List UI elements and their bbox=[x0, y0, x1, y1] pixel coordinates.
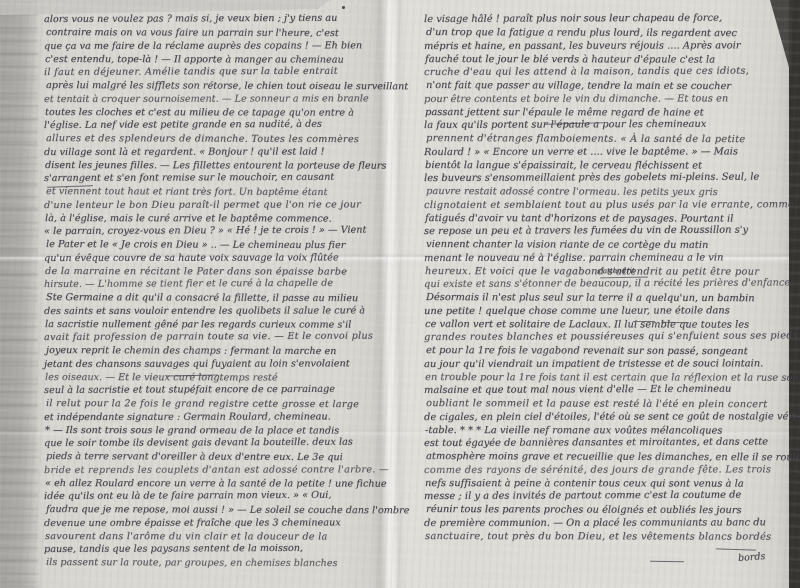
manuscript-scan: alors vous ne voulez pas ? mais si, je v… bbox=[0, 0, 800, 588]
manuscript-line: jetant des chansons sauvages qui fuyaien… bbox=[44, 357, 384, 371]
manuscript-line: sanctuaire, tout près du bon Dieu, et le… bbox=[425, 530, 777, 544]
manuscript-line: Roulard ! » « Encore un verre et .... vi… bbox=[424, 145, 776, 159]
manuscript-line: que le soir tombe ils devisent gais deva… bbox=[44, 436, 384, 451]
manuscript-line: de première communion. — On a placé les … bbox=[424, 516, 776, 530]
manuscript-line: alors vous ne voulez pas ? mais si, je v… bbox=[44, 12, 384, 27]
ink-speck bbox=[342, 6, 345, 9]
interline-insertion: bords bbox=[738, 551, 766, 564]
manuscript-line: de cigales, en plein ciel d'étoiles, l'é… bbox=[424, 410, 776, 424]
manuscript-line: les buveurs s'ensommeillaient près des g… bbox=[424, 170, 776, 185]
manuscript-line: menant le nouveau né à l'église. parrain… bbox=[424, 251, 776, 265]
manuscript-line: mépris et haine, en passant, les buveurs… bbox=[424, 39, 776, 53]
manuscript-line: devenue une ombre épaisse et fraîche que… bbox=[44, 516, 384, 530]
manuscript-line: grandes routes blanches et poussiéreuses… bbox=[424, 329, 776, 344]
manuscript-line: qui existe et sans s'étonner de beaucoup… bbox=[424, 276, 776, 291]
manuscript-line: et tentait à croquer sournoisement. — Le… bbox=[44, 92, 384, 106]
manuscript-line: il faut en déjeuner. Amélie tandis que s… bbox=[44, 65, 384, 80]
bleed-through-edge bbox=[0, 0, 38, 588]
manuscript-line: clignotaient et semblaient tout au plus … bbox=[424, 198, 776, 212]
manuscript-line: avait fait profession de parrain toute s… bbox=[44, 330, 384, 345]
manuscript-line: idée qu'ils ont eu là de te faire parrai… bbox=[44, 489, 384, 504]
manuscript-line: est tout égayée de bannières dansantes e… bbox=[424, 435, 776, 450]
manuscript-line: du village sont là et regardent. « Bonjo… bbox=[44, 145, 384, 159]
manuscript-line: bride et reprends les couplets d'antan e… bbox=[44, 463, 384, 477]
manuscript-line: d'une lenteur le bon Dieu paraît-il perm… bbox=[44, 198, 384, 212]
interline-insertion: s'attendrit bbox=[597, 266, 635, 276]
manuscript-line: seul à la sacristie et tout stupéfait en… bbox=[44, 383, 384, 398]
manuscript-line: malsaine et que tout mal nous vient d'el… bbox=[424, 382, 776, 397]
manuscript-line: et indépendante signature : Germain Roul… bbox=[44, 410, 384, 424]
manuscript-line: « le parrain, croyez-vous en Dieu ? » « … bbox=[44, 224, 384, 239]
manuscript-line: se repose un peu et à travers les fumées… bbox=[424, 223, 776, 238]
manuscript-line: comme des rayons de sérénité, des jours … bbox=[424, 463, 776, 477]
manuscript-line: que ça va me faire de la réclame auprès … bbox=[44, 39, 384, 53]
manuscript-line: qu'un évêque couvre de sa haute voix sau… bbox=[44, 251, 384, 265]
manuscript-line: messe ; il y a des invités de partout co… bbox=[424, 488, 776, 503]
manuscript-line: l'église. La nef vide est petite grande … bbox=[44, 118, 384, 133]
manuscript-line: la faux qu'ils portent sur l'épaule a po… bbox=[424, 117, 776, 132]
manuscript-line: au jour qu'il viendrait un impatient de … bbox=[424, 357, 776, 371]
manuscript-line: pour être contents et boire le vin du di… bbox=[424, 92, 776, 106]
scanner-dark-edge bbox=[789, 0, 800, 588]
manuscript-line: une petite ! quelque chose comme une lue… bbox=[424, 304, 776, 318]
handwritten-column-left: alors vous ne voulez pas ? mais si, je v… bbox=[44, 13, 384, 570]
manuscript-line: s'arrangent et s'en font remise sur le m… bbox=[44, 171, 384, 186]
manuscript-line: pause, tandis que les paysans sentent de… bbox=[44, 542, 384, 557]
manuscript-line: cruche d'eau qui les attend à la maison,… bbox=[424, 64, 776, 79]
manuscript-line: des saints et sans vouloir entendre les … bbox=[44, 304, 384, 318]
manuscript-line: hirsute. — L'homme se tient fier et le c… bbox=[44, 277, 384, 292]
manuscript-line: ils passent sur la route, par groupes, e… bbox=[46, 556, 386, 570]
manuscript-line: le visage hâlé ! paraît plus noir sous l… bbox=[424, 11, 776, 26]
